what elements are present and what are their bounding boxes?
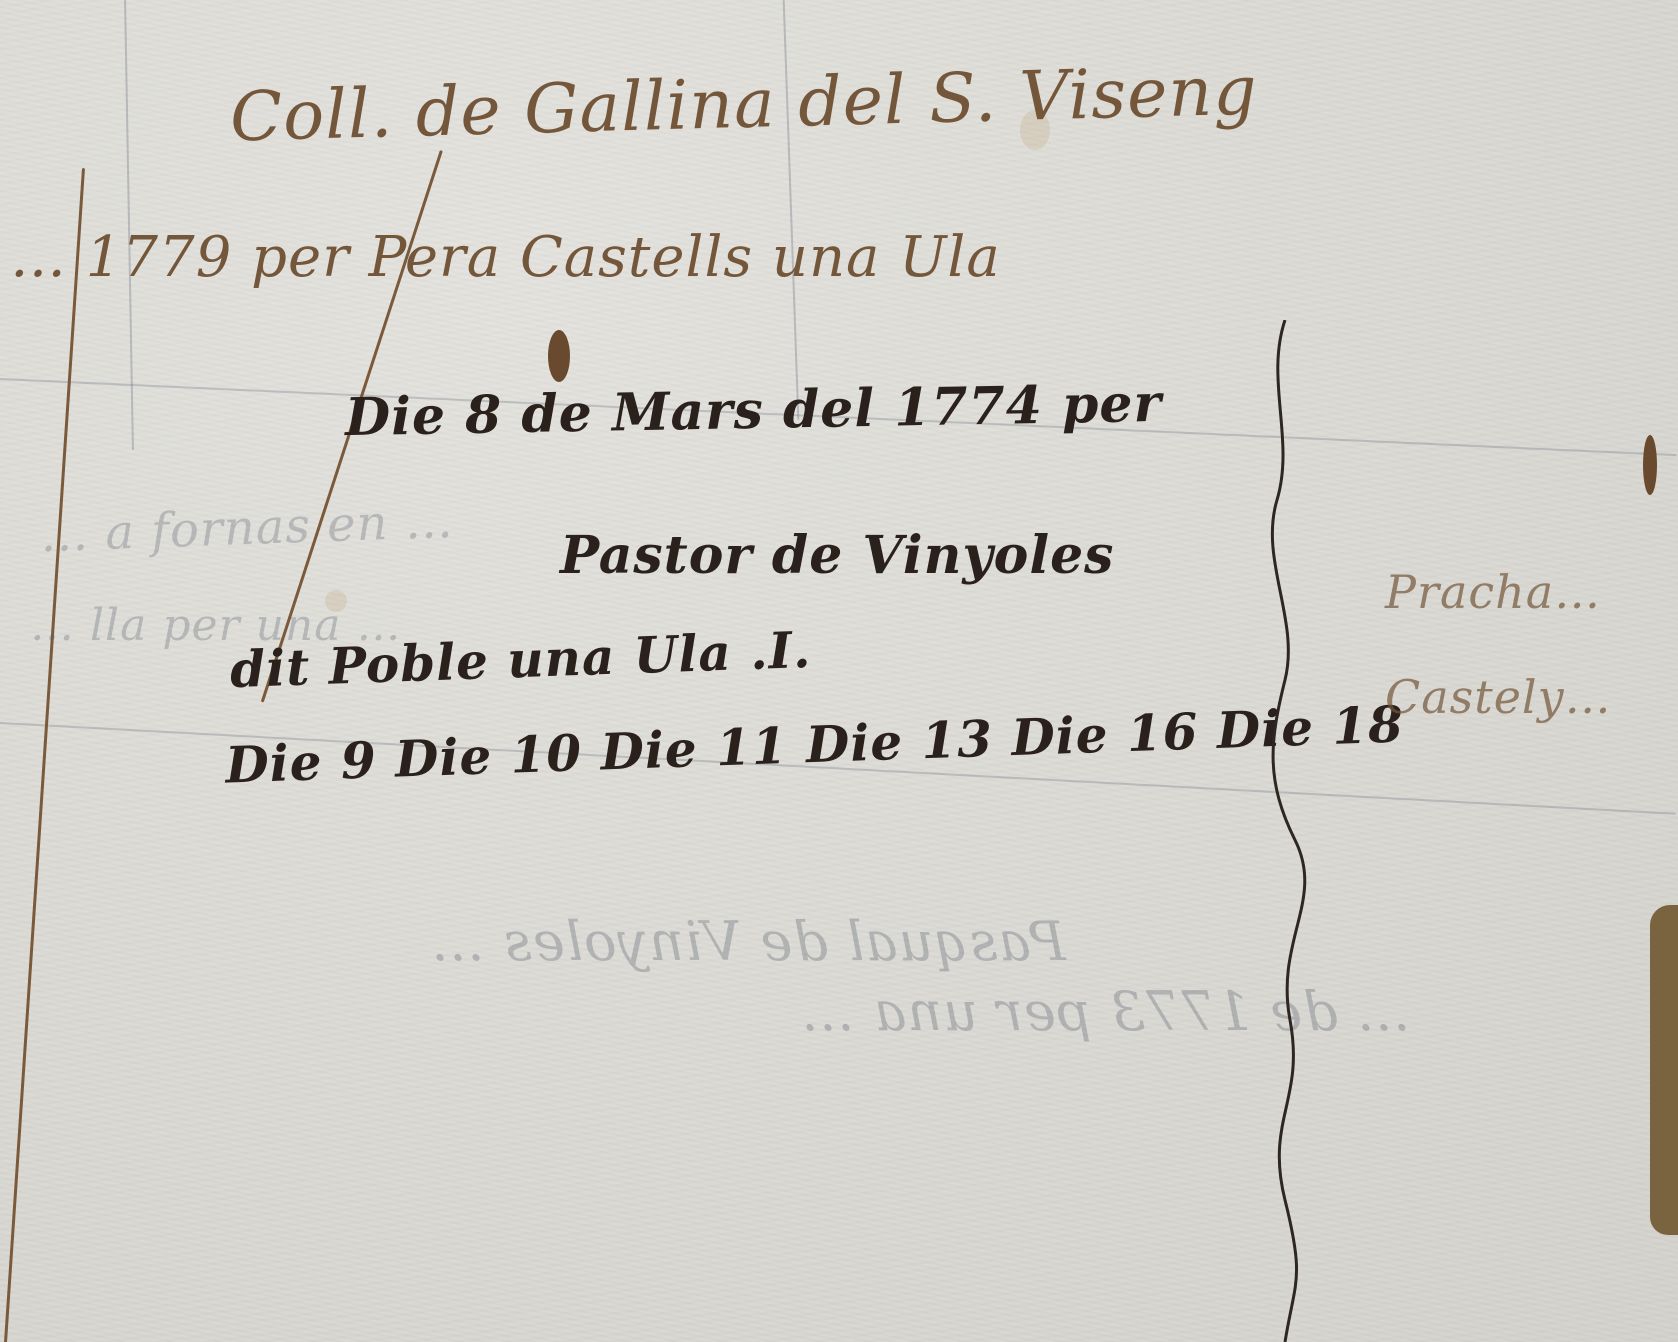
- manuscript-page: … a fornas en … … lla per una … Pasqual …: [0, 0, 1678, 1342]
- entry-line: Pastor de Vinyoles: [560, 525, 1114, 586]
- margin-text: Castely…: [1385, 670, 1612, 724]
- ink-blot: [1643, 435, 1657, 495]
- bleed-through-text: … de 1773 per una …: [800, 980, 1411, 1043]
- entry-line: Die 8 de Mars del 1774 per: [345, 373, 1163, 448]
- wavy-column-divider: [1255, 320, 1315, 1342]
- ink-blot: [548, 330, 570, 382]
- margin-text: Pracha…: [1385, 565, 1601, 619]
- entry-line: … 1779 per Pera Castells una Ula: [10, 225, 1001, 290]
- bleed-through-text: … a fornas en …: [39, 493, 454, 563]
- bleed-through-text: Pasqual de Vinyoles …: [430, 910, 1066, 973]
- pen-stroke: [4, 168, 85, 1342]
- entry-line: Die 9 Die 10 Die 11 Die 13 Die 16 Die 18: [224, 694, 1405, 794]
- torn-paper-edge: [1650, 905, 1678, 1235]
- heading-line: Coll. de Gallina del S. Viseng: [229, 52, 1259, 158]
